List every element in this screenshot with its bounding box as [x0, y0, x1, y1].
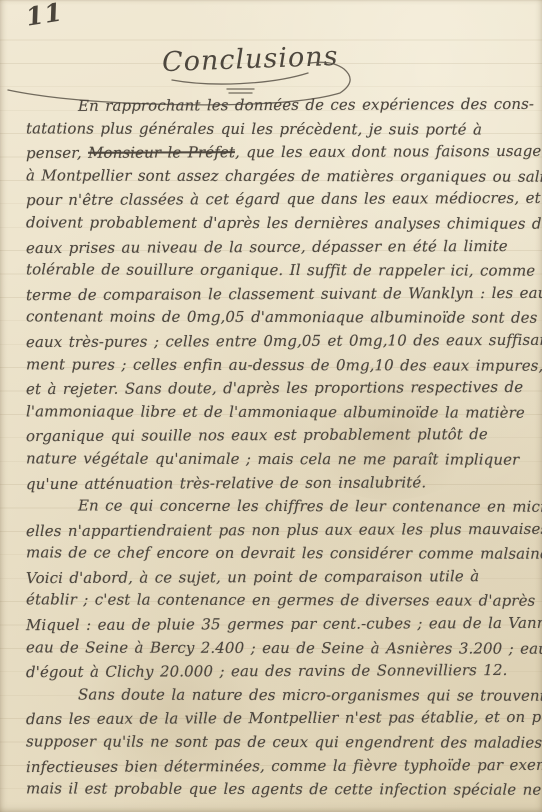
manuscript-line: nature végétale qu'animale ; mais cela n… — [26, 447, 522, 472]
manuscript-line: et à rejeter. Sans doute, d'après les pr… — [26, 376, 522, 402]
manuscript-line: Sans doute la nature des micro-organisme… — [26, 683, 522, 708]
manuscript-line: En ce qui concerne les chiffres de leur … — [26, 494, 522, 519]
manuscript-line: terme de comparaison le classement suiva… — [26, 282, 522, 308]
manuscript-page: 11 Conclusions En rapprochant les donnée… — [0, 0, 542, 812]
manuscript-line: mais il est probable que les agents de c… — [26, 778, 522, 803]
manuscript-line: établir ; c'est la contenance en germes … — [26, 589, 522, 614]
line-text: , que les eaux dont nous faisons usage — [235, 142, 542, 161]
manuscript-line: ment pures ; celles enfin au-dessus de 0… — [26, 353, 522, 378]
manuscript-line: l'ammoniaque libre et de l'ammoniaque al… — [26, 400, 522, 425]
manuscript-line: eaux très-pures ; celles entre 0mg,05 et… — [26, 329, 522, 355]
manuscript-line: doivent probablement d'après les dernièr… — [26, 211, 522, 236]
manuscript-line: eau de Seine à Bercy 2.400 ; eau de Sein… — [26, 636, 522, 661]
manuscript-line: organique qui souille nos eaux est proba… — [26, 423, 522, 449]
page-title: Conclusions — [162, 41, 339, 78]
manuscript-line: tatations plus générales qui les précède… — [26, 117, 522, 142]
manuscript-line: Miquel : eau de pluie 35 germes par cent… — [26, 612, 522, 638]
page-number: 11 — [24, 0, 65, 32]
manuscript-line: mais de ce chef encore on devrait les co… — [26, 542, 522, 567]
manuscript-line: tolérable de souillure organique. Il suf… — [26, 259, 522, 284]
manuscript-line: à Montpellier sont assez chargées de mat… — [26, 164, 522, 189]
struck-text: Monsieur le Préfet — [88, 143, 235, 162]
manuscript-line: elles n'appartiendraient pas non plus au… — [26, 518, 522, 544]
manuscript-line: penser, Monsieur le Préfet, que les eaux… — [26, 140, 522, 166]
manuscript: En rapprochant les données de ces expéri… — [26, 94, 522, 802]
manuscript-line: supposer qu'ils ne sont pas de ceux qui … — [26, 730, 522, 755]
manuscript-line: En rapprochant les données de ces expéri… — [26, 93, 522, 119]
manuscript-line: dans les eaux de la ville de Montpellier… — [26, 706, 522, 732]
manuscript-line: qu'une atténuation très-relative de son … — [26, 470, 522, 496]
line-text: penser, — [26, 144, 88, 162]
manuscript-line: pour n'être classées à cet égard que dan… — [26, 187, 522, 213]
manuscript-line: Voici d'abord, à ce sujet, un point de c… — [26, 565, 522, 591]
manuscript-line: eaux prises au niveau de la source, dépa… — [26, 234, 522, 260]
manuscript-line: infectieuses bien déterminées, comme la … — [26, 754, 522, 780]
manuscript-line: contenant moins de 0mg,05 d'ammoniaque a… — [26, 306, 522, 331]
manuscript-line: d'égout à Clichy 20.000 ; eau des ravins… — [26, 659, 522, 685]
